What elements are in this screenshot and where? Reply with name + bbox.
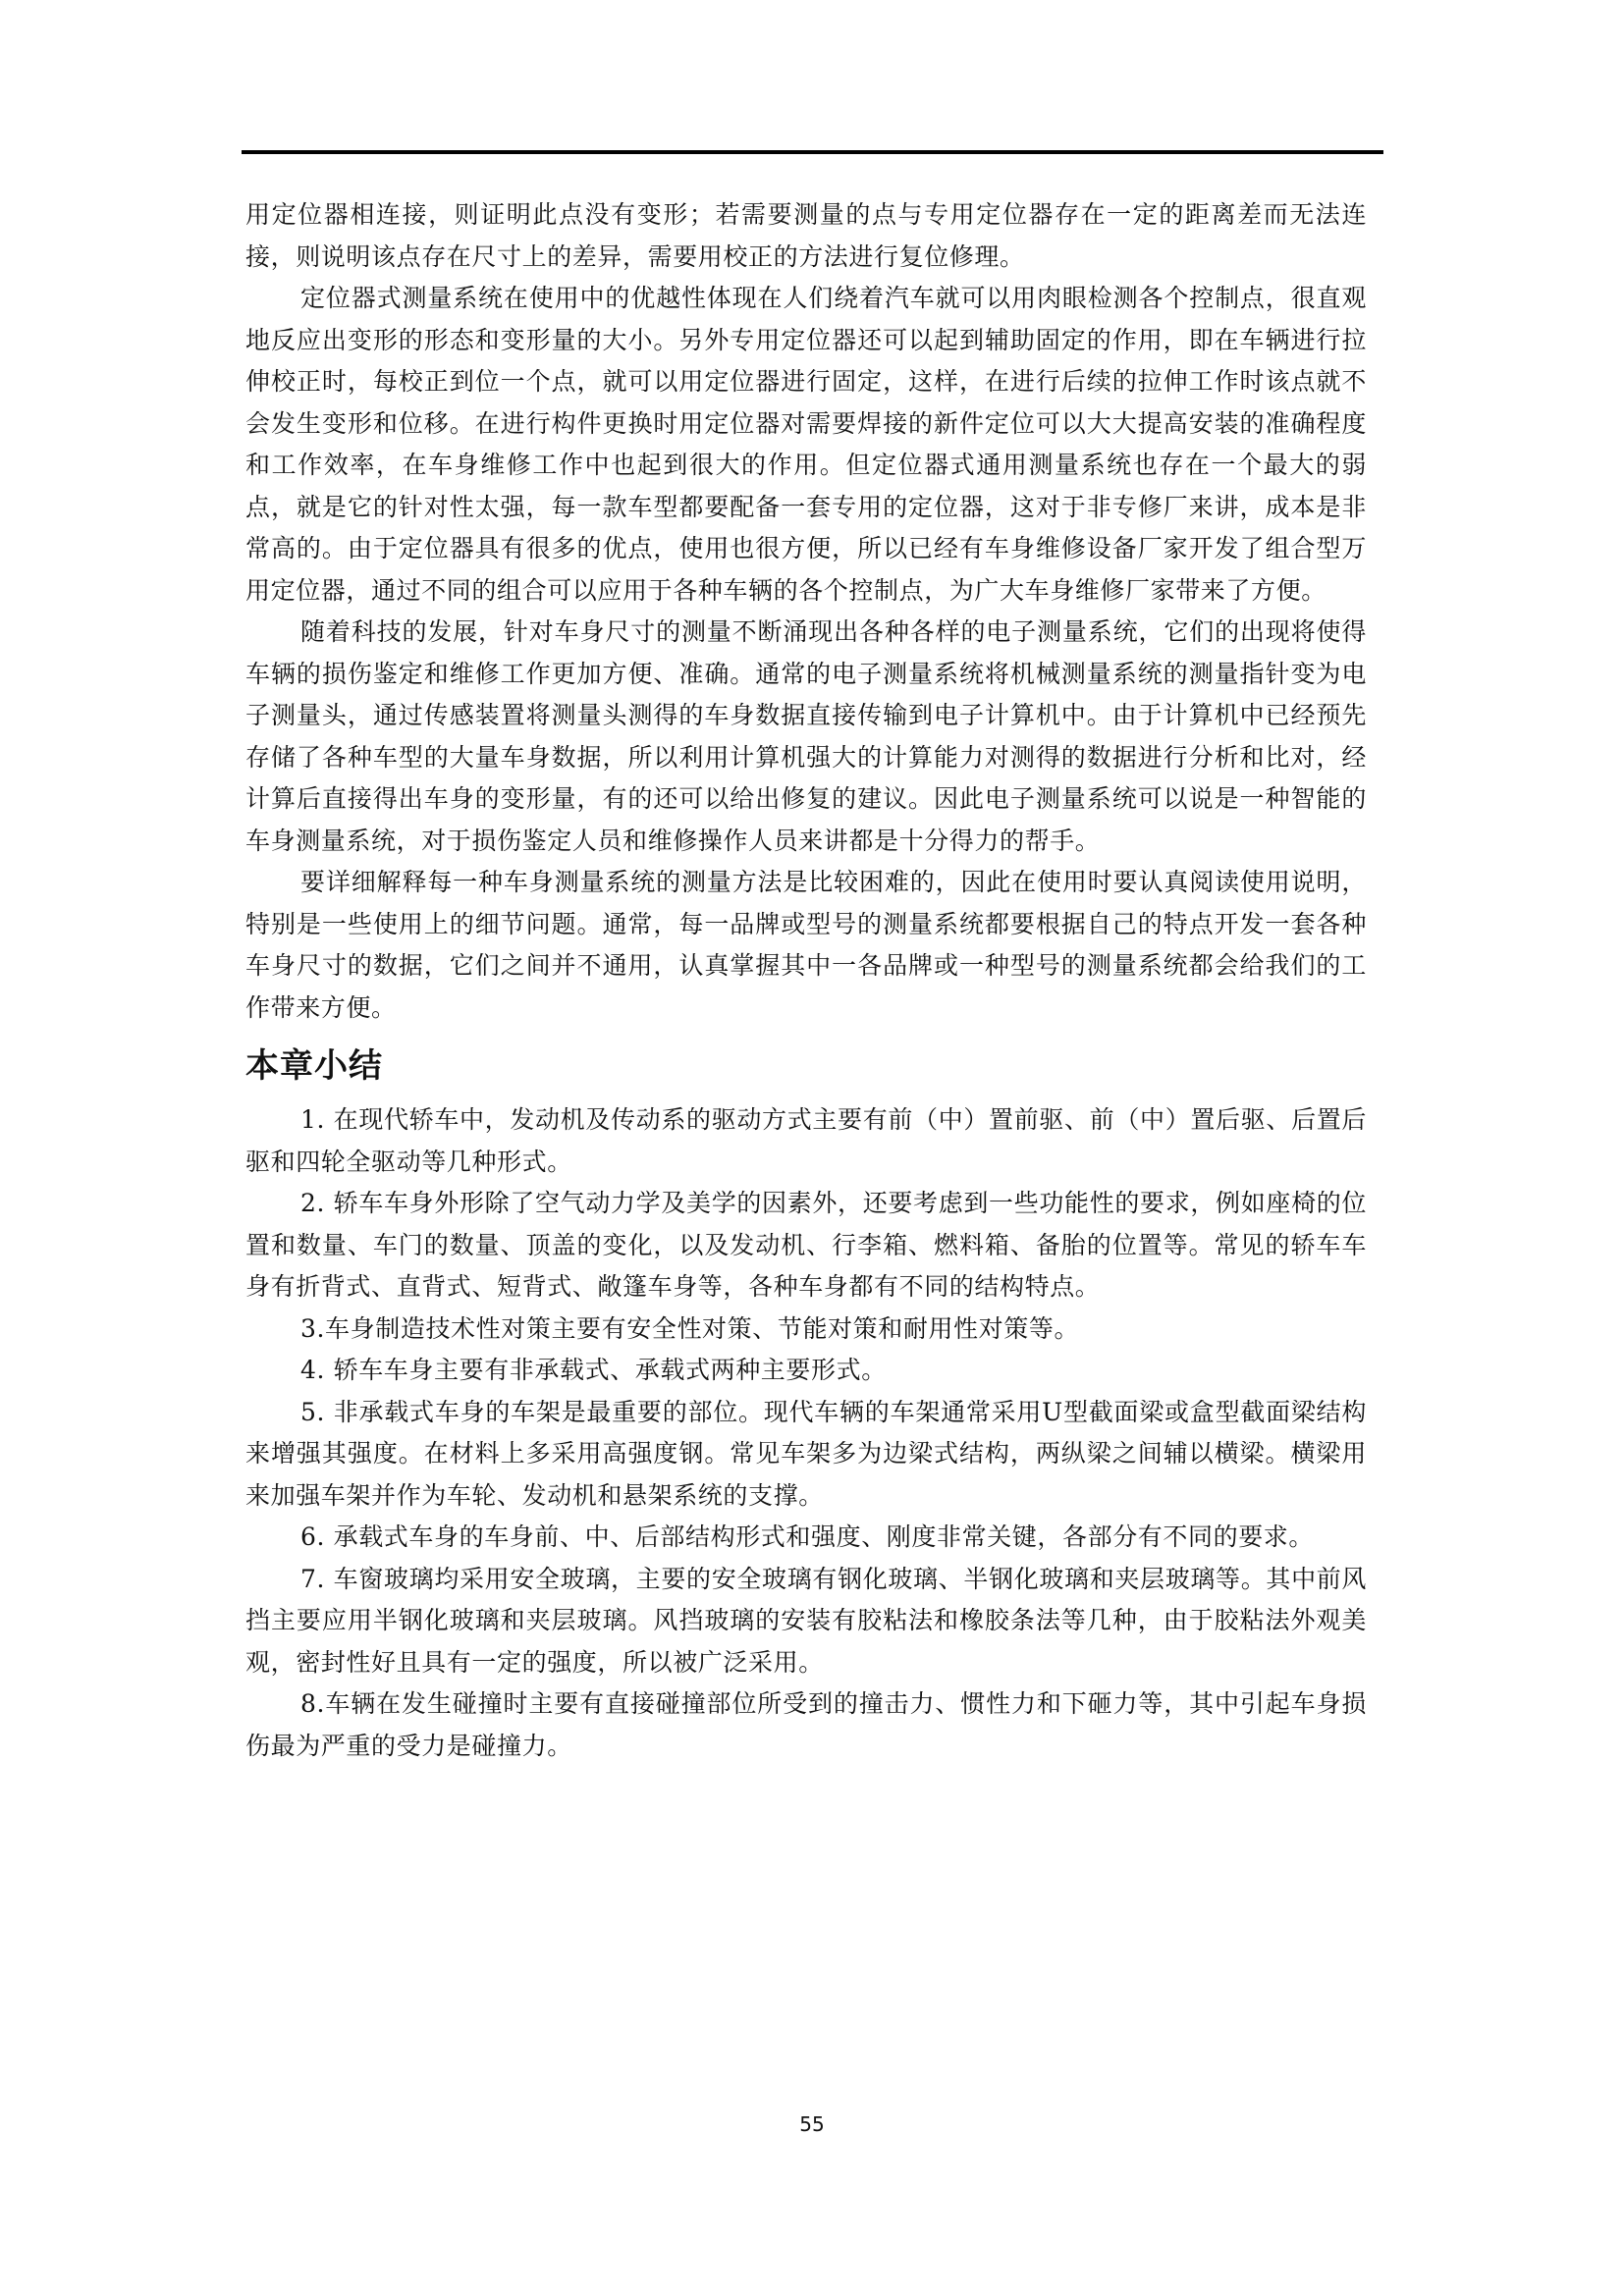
body-paragraph: 定位器式测量系统在使用中的优越性体现在人们绕着汽车就可以用肉眼检测各个控制点，很… — [245, 278, 1367, 612]
body-paragraph: 用定位器相连接，则证明此点没有变形；若需要测量的点与专用定位器存在一定的距离差而… — [245, 194, 1367, 278]
summary-item: 2. 轿车车身外形除了空气动力学及美学的因素外，还要考虑到一些功能性的要求，例如… — [245, 1183, 1367, 1308]
summary-item: 4. 轿车车身主要有非承载式、承载式两种主要形式。 — [245, 1350, 1367, 1392]
summary-item: 1. 在现代轿车中，发动机及传动系的驱动方式主要有前（中）置前驱、前（中）置后驱… — [245, 1099, 1367, 1183]
summary-item: 7. 车窗玻璃均采用安全玻璃，主要的安全玻璃有钢化玻璃、半钢化玻璃和夹层玻璃等。… — [245, 1559, 1367, 1684]
page-content: 用定位器相连接，则证明此点没有变形；若需要测量的点与专用定位器存在一定的距离差而… — [245, 194, 1367, 1767]
page-number: 55 — [0, 2112, 1624, 2136]
body-paragraph: 随着科技的发展，针对车身尺寸的测量不断涌现出各种各样的电子测量系统，它们的出现将… — [245, 612, 1367, 862]
summary-item: 8.车辆在发生碰撞时主要有直接碰撞部位所受到的撞击力、惯性力和下砸力等，其中引起… — [245, 1683, 1367, 1767]
summary-item: 5. 非承载式车身的车架是最重要的部位。现代车辆的车架通常采用U型截面梁或盒型截… — [245, 1392, 1367, 1518]
summary-item: 6. 承载式车身的车身前、中、后部结构形式和强度、刚度非常关键，各部分有不同的要… — [245, 1517, 1367, 1559]
body-paragraph: 要详细解释每一种车身测量系统的测量方法是比较困难的，因此在使用时要认真阅读使用说… — [245, 862, 1367, 1029]
summary-item: 3.车身制造技术性对策主要有安全性对策、节能对策和耐用性对策等。 — [245, 1308, 1367, 1351]
section-heading-chapter-summary: 本章小结 — [245, 1042, 1367, 1090]
header-rule — [242, 150, 1383, 154]
